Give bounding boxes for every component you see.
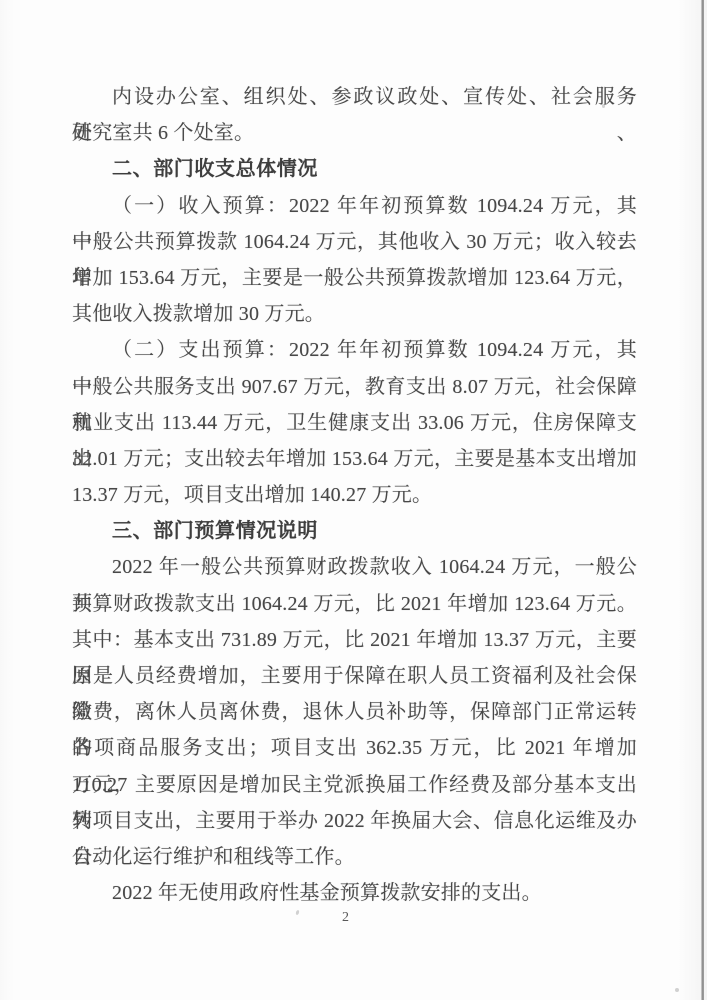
body-text-line: 2022 年无使用政府性基金预算拨款安排的支出。 [72,875,637,911]
body-text-line: 内设办公室、组织处、参政议政处、宣传处、社会服务处、 [72,79,637,115]
section-heading-line: 三、部门预算情况说明 [72,513,637,549]
body-text-line: 2022 年一般公共预算财政拨款收入 1064.24 万元，一般公共 [72,549,637,585]
body-text-line: （二）支出预算：2022 年年初预算数 1094.24 万元，其中： [72,332,637,368]
scan-speck [675,988,679,992]
body-text-line: 13.37 万元，项目支出增加 140.27 万元。 [72,477,637,513]
body-text-line: 列项目支出，主要用于举办 2022 年换届大会、信息化运维及办公 [72,803,637,839]
section-heading-line: 二、部门收支总体情况 [72,151,637,187]
body-text-line: 万元，主要原因是增加民主党派换届工作经费及部分基本支出转 [72,767,637,803]
document-content: 内设办公室、组织处、参政议政处、宣传处、社会服务处、研究室共 6 个处室。二、部… [72,79,637,911]
body-text-line: 32.01 万元；支出较去年增加 153.64 万元，主要是基本支出增加 [72,441,637,477]
page-number: 2 [0,910,699,926]
body-text-line: 一般公共预算拨款 1064.24 万元，其他收入 30 万元；收入较去年 [72,224,637,260]
body-text-line: 自动化运行维护和租线等工作。 [72,839,637,875]
body-text-line: 其他收入拨款增加 30 万元。 [72,296,637,332]
scan-edge-right [701,0,704,1000]
body-text-line: 因是人员经费增加，主要用于保障在职人员工资福利及社会保险 [72,658,637,694]
body-text-line: 各项商品服务支出；项目支出 362.35 万元，比 2021 年增加 110.2… [72,730,637,766]
body-text-line: 其中：基本支出 731.89 万元，比 2021 年增加 13.37 万元，主要… [72,622,637,658]
scan-speck [602,104,605,108]
body-text-line: 一般公共服务支出 907.67 万元，教育支出 8.07 万元，社会保障和 [72,369,637,405]
body-text-line: 缴费，离休人员离休费，退休人员补助等，保障部门正常运转的 [72,694,637,730]
body-text-line: （一）收入预算：2022 年年初预算数 1094.24 万元，其中： [72,188,637,224]
body-text-line: 增加 153.64 万元，主要是一般公共预算拨款增加 123.64 万元， [72,260,637,296]
body-text-line: 就业支出 113.44 万元，卫生健康支出 33.06 万元，住房保障支出 [72,405,637,441]
scanned-page: 内设办公室、组织处、参政议政处、宣传处、社会服务处、研究室共 6 个处室。二、部… [0,0,707,1000]
body-text-line: 预算财政拨款支出 1064.24 万元，比 2021 年增加 123.64 万元… [72,586,637,622]
